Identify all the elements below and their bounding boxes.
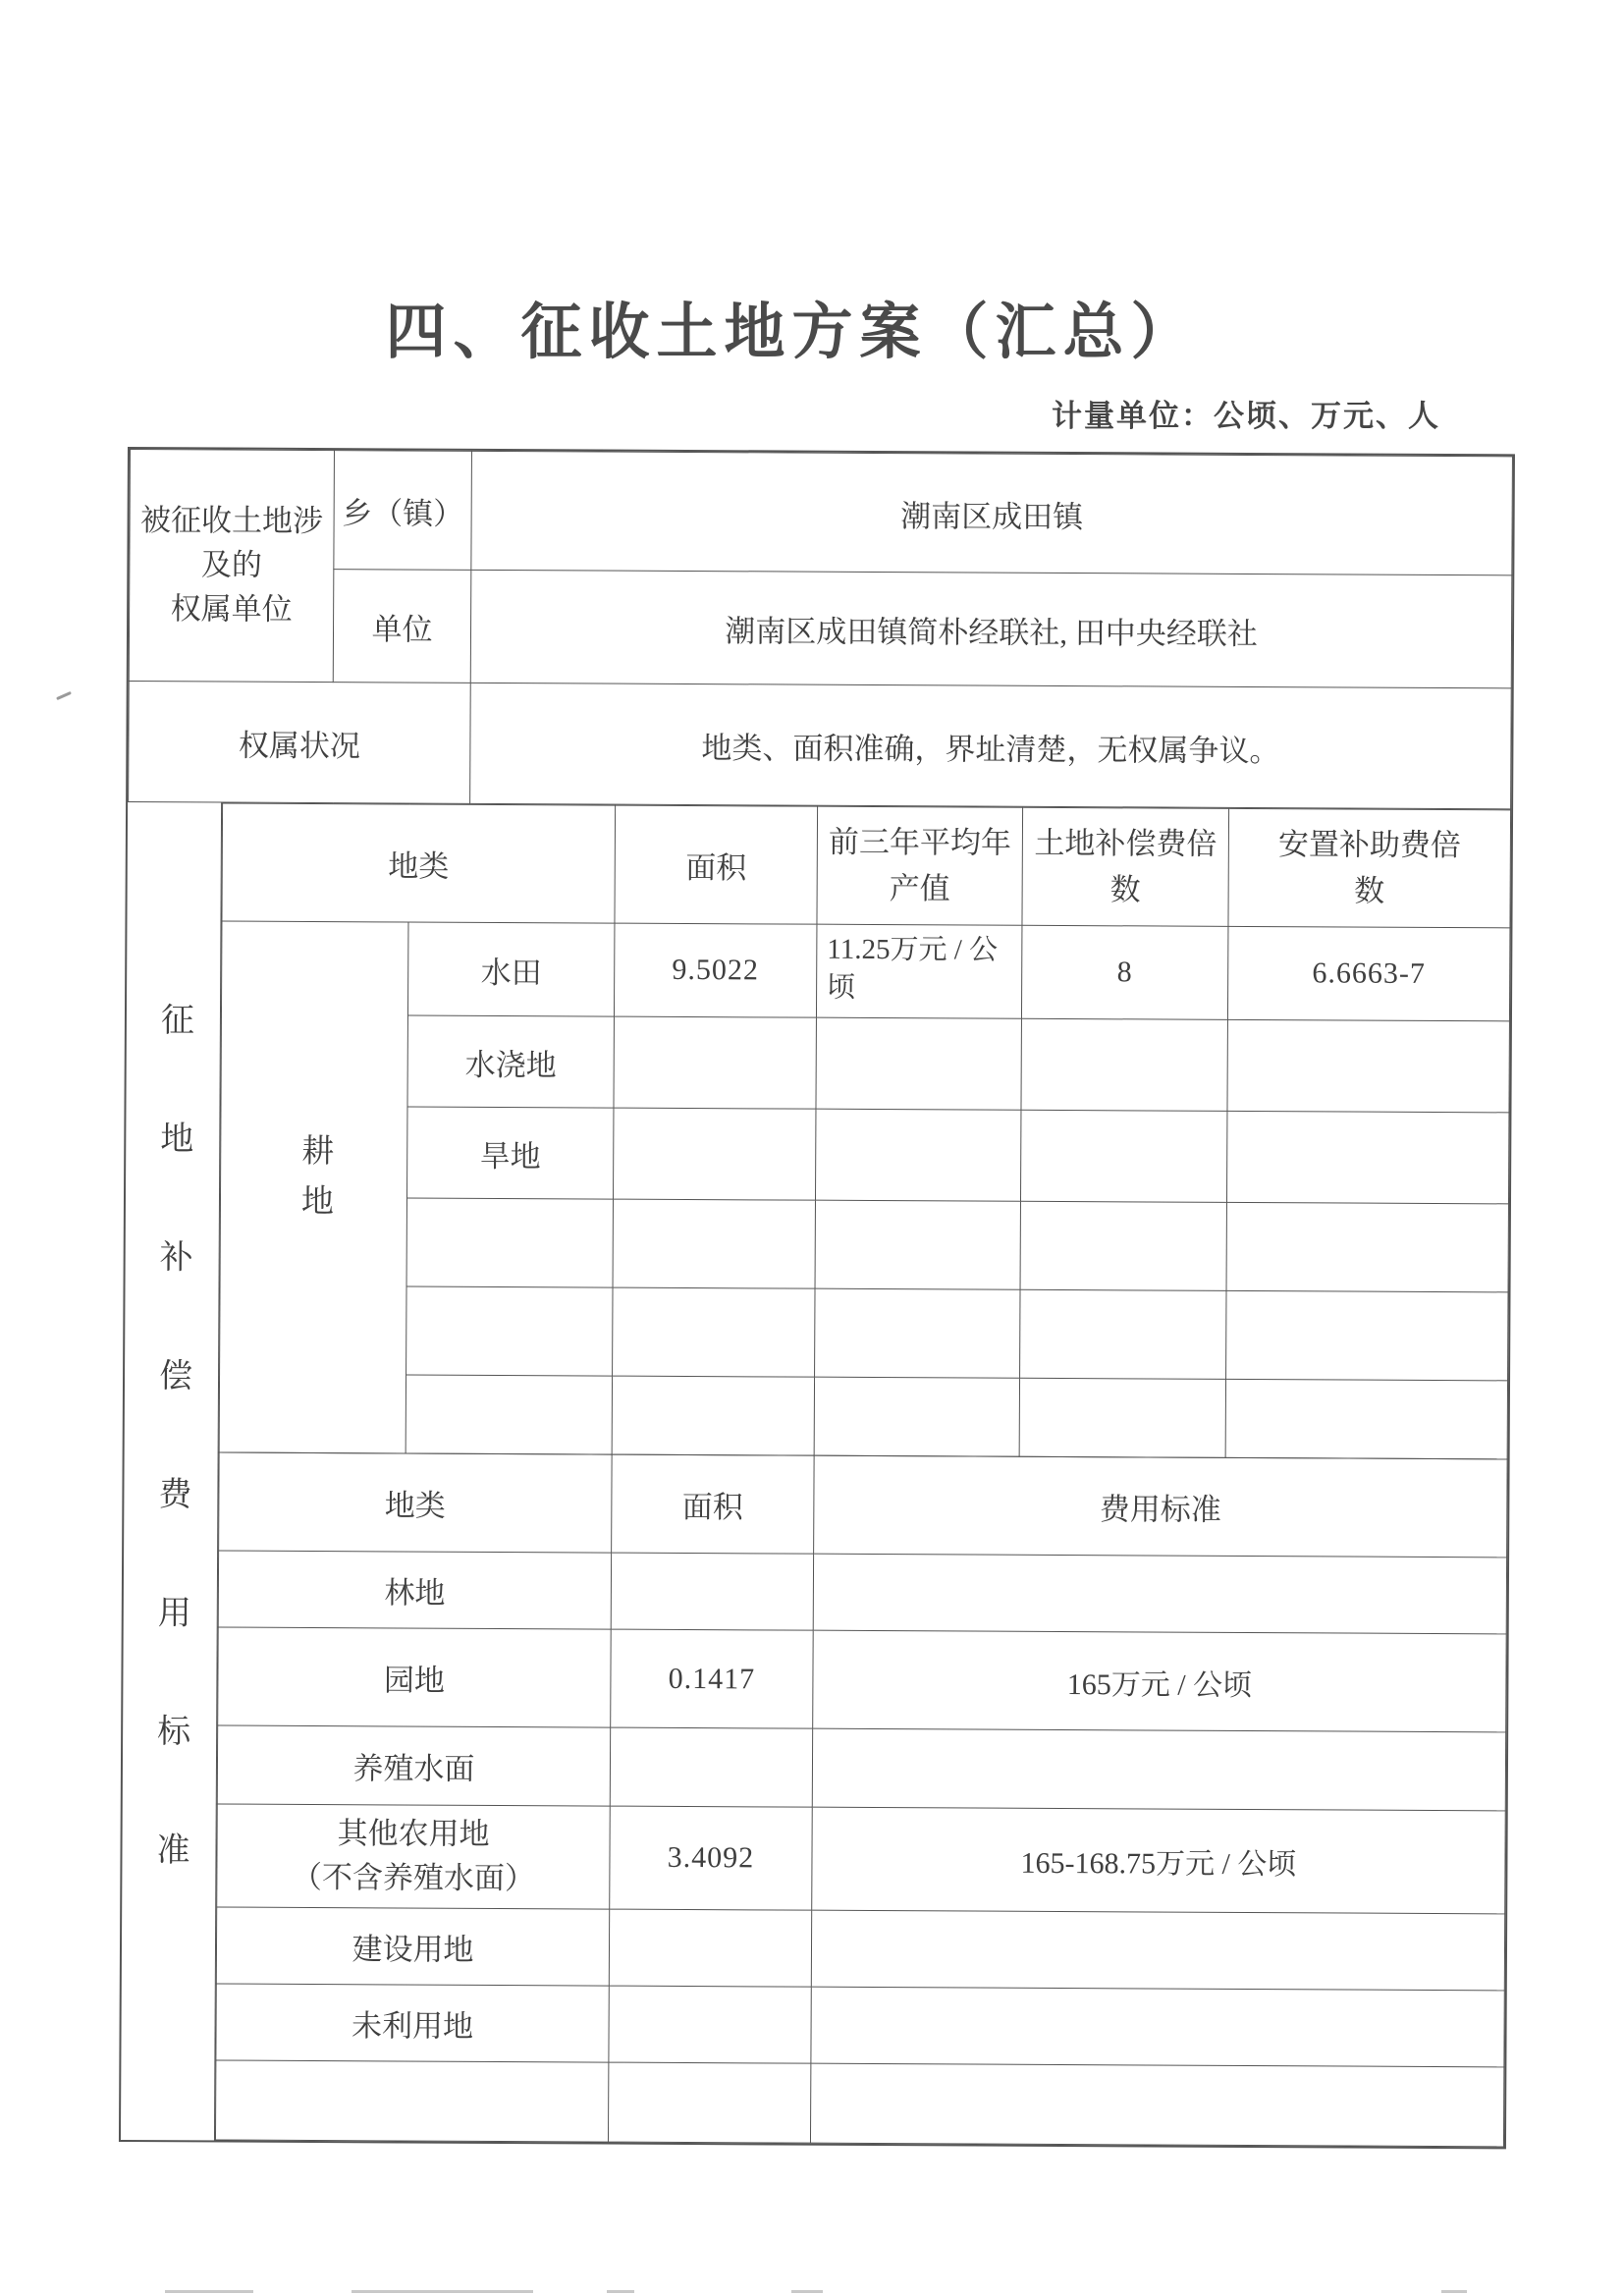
unit-value: 潮南区成田镇简朴经联社, 田中央经联社: [470, 570, 1512, 688]
table-row: 权属状况 地类、面积准确，界址清楚，无权属争议。: [129, 682, 1512, 809]
table-header-row: 地类 面积 费用标准: [219, 1452, 1508, 1558]
land-subtype: [406, 1286, 613, 1376]
resettle-multiple-value: [1226, 1111, 1508, 1204]
land-expropriation-summary-table: 被征收土地涉及的 权属单位 乡（镇） 潮南区成田镇 单位 潮南区成田镇简朴经联社…: [119, 447, 1515, 2149]
table-row: 养殖水面: [217, 1725, 1505, 1811]
table-row: 未利用地: [216, 1984, 1504, 2067]
table-row: 耕地 水田 9.5022 11.25万元 / 公顷 8 6.6663-7: [221, 921, 1509, 1021]
header-area: 面积: [612, 1454, 815, 1554]
cultivated-land-group-label-cell: 耕地: [219, 921, 408, 1453]
ownership-units-label: 被征收土地涉及的 权属单位: [129, 450, 334, 683]
land-type: 建设用地: [216, 1907, 609, 1986]
ownership-block: 被征收土地涉及的 权属单位 乡（镇） 潮南区成田镇 单位 潮南区成田镇简朴经联社…: [128, 449, 1513, 809]
land-comp-multiple-value: [1021, 1018, 1227, 1111]
resettle-multiple-value: [1226, 1290, 1508, 1381]
land-comp-multiple-value: [1019, 1378, 1225, 1457]
ownership-units-label-line1: 被征收土地涉及的: [135, 499, 327, 588]
header-land-type: 地类: [219, 1452, 613, 1553]
table-header-row: 地类 面积 前三年平均年产值 土地补偿费倍数 安置补助费倍数: [222, 803, 1511, 928]
land-comp-multiple-value: [1020, 1110, 1226, 1202]
compensation-standards-block: 征地补偿费用标准 地类 面积 前三年平均年产值 土地补偿费倍数 安置补助费倍数: [121, 802, 1511, 2147]
land-type: [215, 2060, 608, 2142]
area-value: [612, 1376, 814, 1455]
land-subtype: 旱地: [406, 1107, 613, 1199]
scan-artifact: [352, 2290, 533, 2293]
land-subtype: [406, 1198, 613, 1287]
avg-output-value: 11.25万元 / 公顷: [816, 924, 1021, 1018]
avg-output-value: [815, 1288, 1020, 1378]
unit-label: 单位: [333, 570, 471, 683]
header-avg-output-text: 前三年平均年产值: [824, 820, 1016, 912]
area-value: [613, 1199, 815, 1288]
other-land-table: 地类 面积 费用标准 林地 园地 0.1417 165万元 / 公顷 养殖水面: [215, 1451, 1508, 2147]
fee-standard-value: 165万元 / 公顷: [813, 1630, 1507, 1732]
page-title: 四、征收土地方案（汇总）: [0, 283, 1603, 370]
area-value: [609, 1986, 811, 2063]
header-resettle-multiple-text: 安置补助费倍数: [1273, 822, 1466, 914]
header-land-comp-multiple: 土地补偿费倍数: [1022, 807, 1229, 926]
fee-standard-value: [811, 1910, 1504, 1991]
avg-output-value: [814, 1377, 1019, 1456]
land-type: 林地: [218, 1551, 611, 1629]
area-value: 9.5022: [614, 923, 816, 1017]
township-value: 潮南区成田镇: [471, 451, 1513, 575]
scan-artifact: [1441, 2290, 1467, 2293]
header-land-type: 地类: [222, 803, 616, 923]
fee-standard-value: 165-168.75万元 / 公顷: [812, 1807, 1506, 1914]
land-type: 养殖水面: [217, 1725, 610, 1806]
fee-standard-value: [811, 1987, 1504, 2067]
area-value: [613, 1108, 815, 1200]
table-row: 建设用地: [216, 1907, 1504, 1991]
table-row: 林地: [218, 1551, 1506, 1634]
land-type: 未利用地: [216, 1984, 609, 2062]
compensation-side-label-cell: 征地补偿费用标准: [121, 802, 222, 2140]
avg-output-value: [816, 1017, 1021, 1110]
land-type: 园地: [218, 1627, 612, 1727]
resettle-multiple-value: [1226, 1202, 1508, 1292]
measurement-unit-note: 计量单位：公顷、万元、人: [1052, 391, 1440, 435]
scan-artifact: [607, 2290, 634, 2293]
tenure-status-value: 地类、面积准确，界址清楚，无权属争议。: [470, 683, 1512, 809]
area-value: [614, 1016, 816, 1109]
land-type: 其他农用地 （不含养殖水面）: [217, 1804, 611, 1909]
land-comp-multiple-value: [1020, 1289, 1226, 1379]
fee-standard-value: [812, 1728, 1505, 1811]
table-row: [220, 1197, 1508, 1292]
avg-output-value: [815, 1200, 1020, 1289]
resettle-multiple-value: 6.6663-7: [1227, 926, 1509, 1021]
header-avg-output: 前三年平均年产值: [817, 806, 1023, 925]
land-subtype: 水田: [407, 922, 614, 1016]
cultivated-land-group-label: 耕地: [298, 1133, 331, 1233]
tenure-status-label: 权属状况: [129, 682, 471, 804]
header-land-comp-multiple-text: 土地补偿费倍数: [1029, 821, 1221, 913]
table-row: 被征收土地涉及的 权属单位 乡（镇） 潮南区成田镇: [130, 450, 1513, 575]
ownership-units-label-line2: 权属单位: [135, 587, 327, 632]
scan-artifact: [56, 691, 72, 700]
table-row: 水浇地: [221, 1014, 1509, 1113]
scan-artifact: [791, 2290, 823, 2293]
land-subtype: [406, 1375, 612, 1454]
table-row: 园地 0.1417 165万元 / 公顷: [218, 1627, 1507, 1732]
header-resettle-multiple: 安置补助费倍数: [1228, 808, 1511, 928]
table-row: 其他农用地 （不含养殖水面） 3.4092 165-168.75万元 / 公顷: [217, 1804, 1506, 1914]
land-subtype: 水浇地: [407, 1015, 614, 1108]
compensation-tables: 地类 面积 前三年平均年产值 土地补偿费倍数 安置补助费倍数 耕地 水田 9.5…: [215, 803, 1511, 2148]
avg-output-value: [815, 1109, 1020, 1201]
resettle-multiple-value: [1225, 1379, 1507, 1459]
area-value: 0.1417: [611, 1629, 814, 1728]
land-type-line2: （不含养殖水面）: [223, 1856, 603, 1902]
compensation-side-label: 征地补偿费用标准: [151, 992, 189, 1950]
table-row: [219, 1374, 1507, 1459]
cultivated-land-table: 地类 面积 前三年平均年产值 土地补偿费倍数 安置补助费倍数 耕地 水田 9.5…: [219, 803, 1511, 1460]
land-type-line1: 其他农用地: [223, 1812, 603, 1858]
area-value: [613, 1287, 815, 1377]
table-row: [215, 2060, 1503, 2147]
scanned-document-page: { "page": { "title": "四、征收土地方案（汇总）", "un…: [0, 0, 1623, 2296]
land-comp-multiple-value: [1020, 1201, 1226, 1290]
table-row: 旱地: [221, 1106, 1509, 1204]
township-label: 乡（镇）: [334, 451, 472, 571]
fee-standard-value: [813, 1554, 1506, 1634]
resettle-multiple-value: [1227, 1019, 1509, 1113]
area-value: [611, 1553, 813, 1630]
land-comp-multiple-value: 8: [1021, 925, 1227, 1019]
table-row: [220, 1285, 1508, 1381]
area-value: [610, 1727, 812, 1807]
fee-standard-value: [810, 2063, 1503, 2147]
area-value: 3.4092: [610, 1806, 813, 1910]
table-row: 单位 潮南区成田镇简朴经联社, 田中央经联社: [129, 569, 1512, 688]
area-value: [608, 2062, 810, 2143]
area-value: [609, 1909, 811, 1987]
scan-artifact: [165, 2290, 253, 2293]
header-fee-standard: 费用标准: [814, 1455, 1508, 1558]
header-area: 面积: [615, 805, 818, 924]
